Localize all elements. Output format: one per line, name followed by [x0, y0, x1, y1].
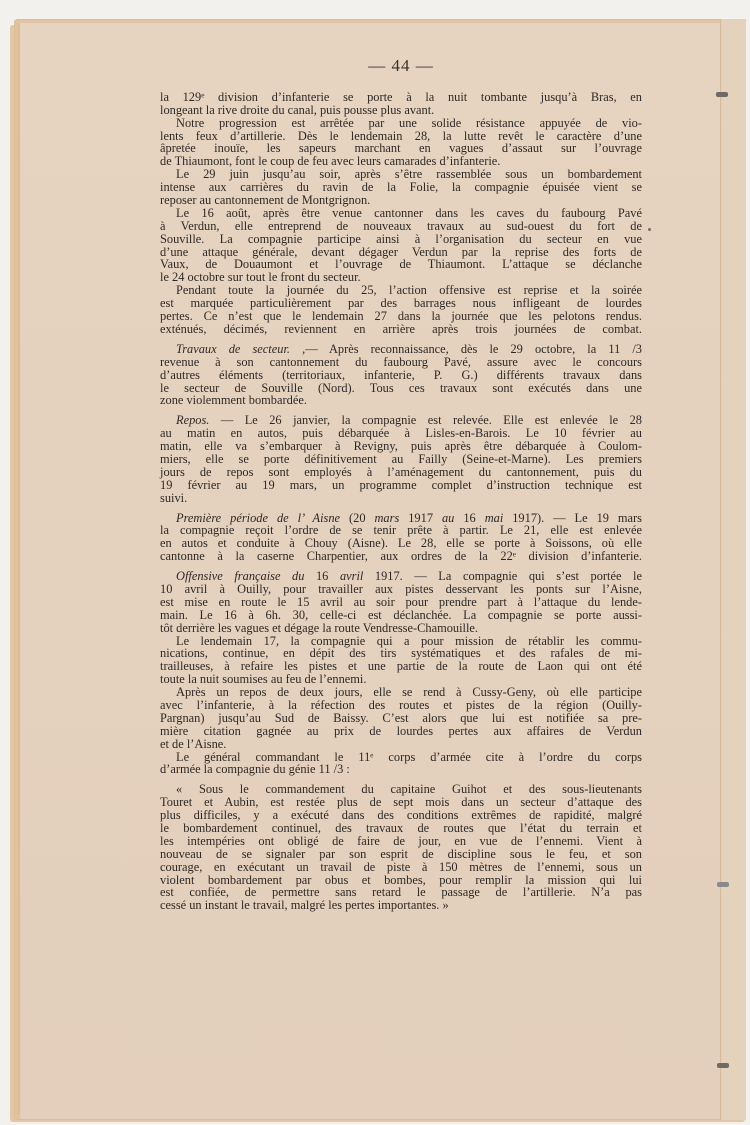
text-line: d’autres éléments (territoriaux, infante…: [160, 369, 642, 382]
text-line: est mise en route le 15 avril au soir po…: [160, 596, 642, 609]
text-line: Souville. La compagnie participe ainsi à…: [160, 233, 642, 246]
page-content: — 44 — la 129ᵉ division d’infanterie se …: [160, 60, 642, 912]
paragraph: Après un repos de deux jours, elle se re…: [160, 686, 642, 750]
text-run: 1917).: [503, 511, 544, 525]
section-heading: Repos.: [176, 413, 209, 427]
paper-speck: [648, 228, 651, 231]
staple-icon: [717, 1063, 729, 1068]
paragraph-repos: Repos. — Le 26 janvier, la compagnie est…: [160, 414, 642, 504]
text-line: Travaux de secteur. ,— Après reconnaissa…: [160, 343, 642, 356]
text-run: — Le 19 mars: [544, 511, 642, 525]
text-line: et de l’Aisne.: [160, 738, 642, 751]
page-number: — 44 —: [160, 60, 642, 73]
text-run: 16: [454, 511, 484, 525]
text-line: avec l’infanterie, à la réfection des ro…: [160, 699, 642, 712]
paragraph: Notre progression est arrêtée par une so…: [160, 117, 642, 169]
text-line: cantonne à la caserne Charpentier, aux o…: [160, 550, 642, 563]
binding-strip: [722, 19, 746, 1120]
text-run: mai: [485, 511, 504, 525]
text-line: jours de repos sont employés à l’aménage…: [160, 466, 642, 479]
section-heading: Travaux de secteur.: [176, 342, 290, 356]
staple-icon: [716, 92, 728, 97]
text-line: Notre progression est arrêtée par une so…: [160, 117, 642, 130]
text-line: zone violemment bombardée.: [160, 394, 642, 407]
paragraph-travaux-de-secteur: Travaux de secteur. ,— Après reconnaissa…: [160, 343, 642, 407]
text-run: 1917: [399, 511, 442, 525]
text-line: suivi.: [160, 492, 642, 505]
text-line: Le 16 août, après être venue cantonner d…: [160, 207, 642, 220]
staple-icon: [717, 882, 729, 887]
text-line: 19 février au 19 mars, un programme comp…: [160, 479, 642, 492]
text-run: 16: [304, 569, 340, 583]
text-line: miers, elle se porte définitivement au F…: [160, 453, 642, 466]
paragraph-offensive-francaise: Offensive française du 16 avril 1917. — …: [160, 570, 642, 634]
text-run: — Le 26 janvier, la compagnie est relevé…: [209, 413, 642, 427]
text-run: 1917.: [363, 569, 402, 583]
text-line: nouveau de se signaler par son esprit de…: [160, 848, 642, 861]
section-heading: Offensive française du: [176, 569, 304, 583]
paragraph: la 129ᵉ division d’infanterie se porte à…: [160, 91, 642, 117]
text-line: pertes. Ce n’est que le lendemain 27 dan…: [160, 310, 642, 323]
text-run: ,— Après reconnaissance, dès le 29 octob…: [290, 342, 642, 356]
text-line: main. Le 16 à 6h. 30, celle-ci est décla…: [160, 609, 642, 622]
text-line: reposer au cantonnement de Montgrignon.: [160, 194, 642, 207]
paragraph: Le 29 juin jusqu’au soir, après s’être r…: [160, 168, 642, 207]
text-line: Pargnan) jusqu’au Sud de Baissy. C’est a…: [160, 712, 642, 725]
paragraph: Pendant toute la journée du 25, l’action…: [160, 284, 642, 336]
section-heading: Première période de l’ Aisne: [176, 511, 340, 525]
paragraph-premiere-periode-aisne: Première période de l’ Aisne (20 mars 19…: [160, 512, 642, 564]
text-line: 10 avril à Ouilly, pour travailler aux p…: [160, 583, 642, 596]
text-line: mière citation gagnée au prix de lourdes…: [160, 725, 642, 738]
text-line: longeant la rive droite du canal, puis p…: [160, 104, 642, 117]
paragraph: Le lendemain 17, la compagnie qui a pour…: [160, 635, 642, 687]
text-line: cessé un instant le travail, malgré les …: [160, 899, 642, 912]
text-run: (20: [340, 511, 374, 525]
text-line: d’armée la compagnie du génie 11 /3 :: [160, 763, 642, 776]
text-line: tôt derrière les vagues et dégage la rou…: [160, 622, 642, 635]
text-line: à Verdun, elle entreprend de nouveaux tr…: [160, 220, 642, 233]
text-run: avril: [340, 569, 363, 583]
text-line: revenue à son cantonnement du faubourg P…: [160, 356, 642, 369]
text-line: les intempéries ont obligé de faire de j…: [160, 835, 642, 848]
text-line: exténués, décimés, reviennent en arrière…: [160, 323, 642, 336]
paragraph: Le 16 août, après être venue cantonner d…: [160, 207, 642, 284]
text-run: au: [442, 511, 454, 525]
text-line: le bombardement continuel, des travaux d…: [160, 822, 642, 835]
text-line: la 129ᵉ division d’infanterie se porte à…: [160, 91, 642, 104]
paragraph-citation-quote: « Sous le commandement du capitaine Guih…: [160, 783, 642, 912]
text-run: — La compagnie qui s’est portée le: [403, 569, 642, 583]
text-run: mars: [374, 511, 399, 525]
paragraph: Le général commandant le 11ᵉ corps d’arm…: [160, 751, 642, 777]
text-line: courage, en exécutant un travail de pist…: [160, 861, 642, 874]
